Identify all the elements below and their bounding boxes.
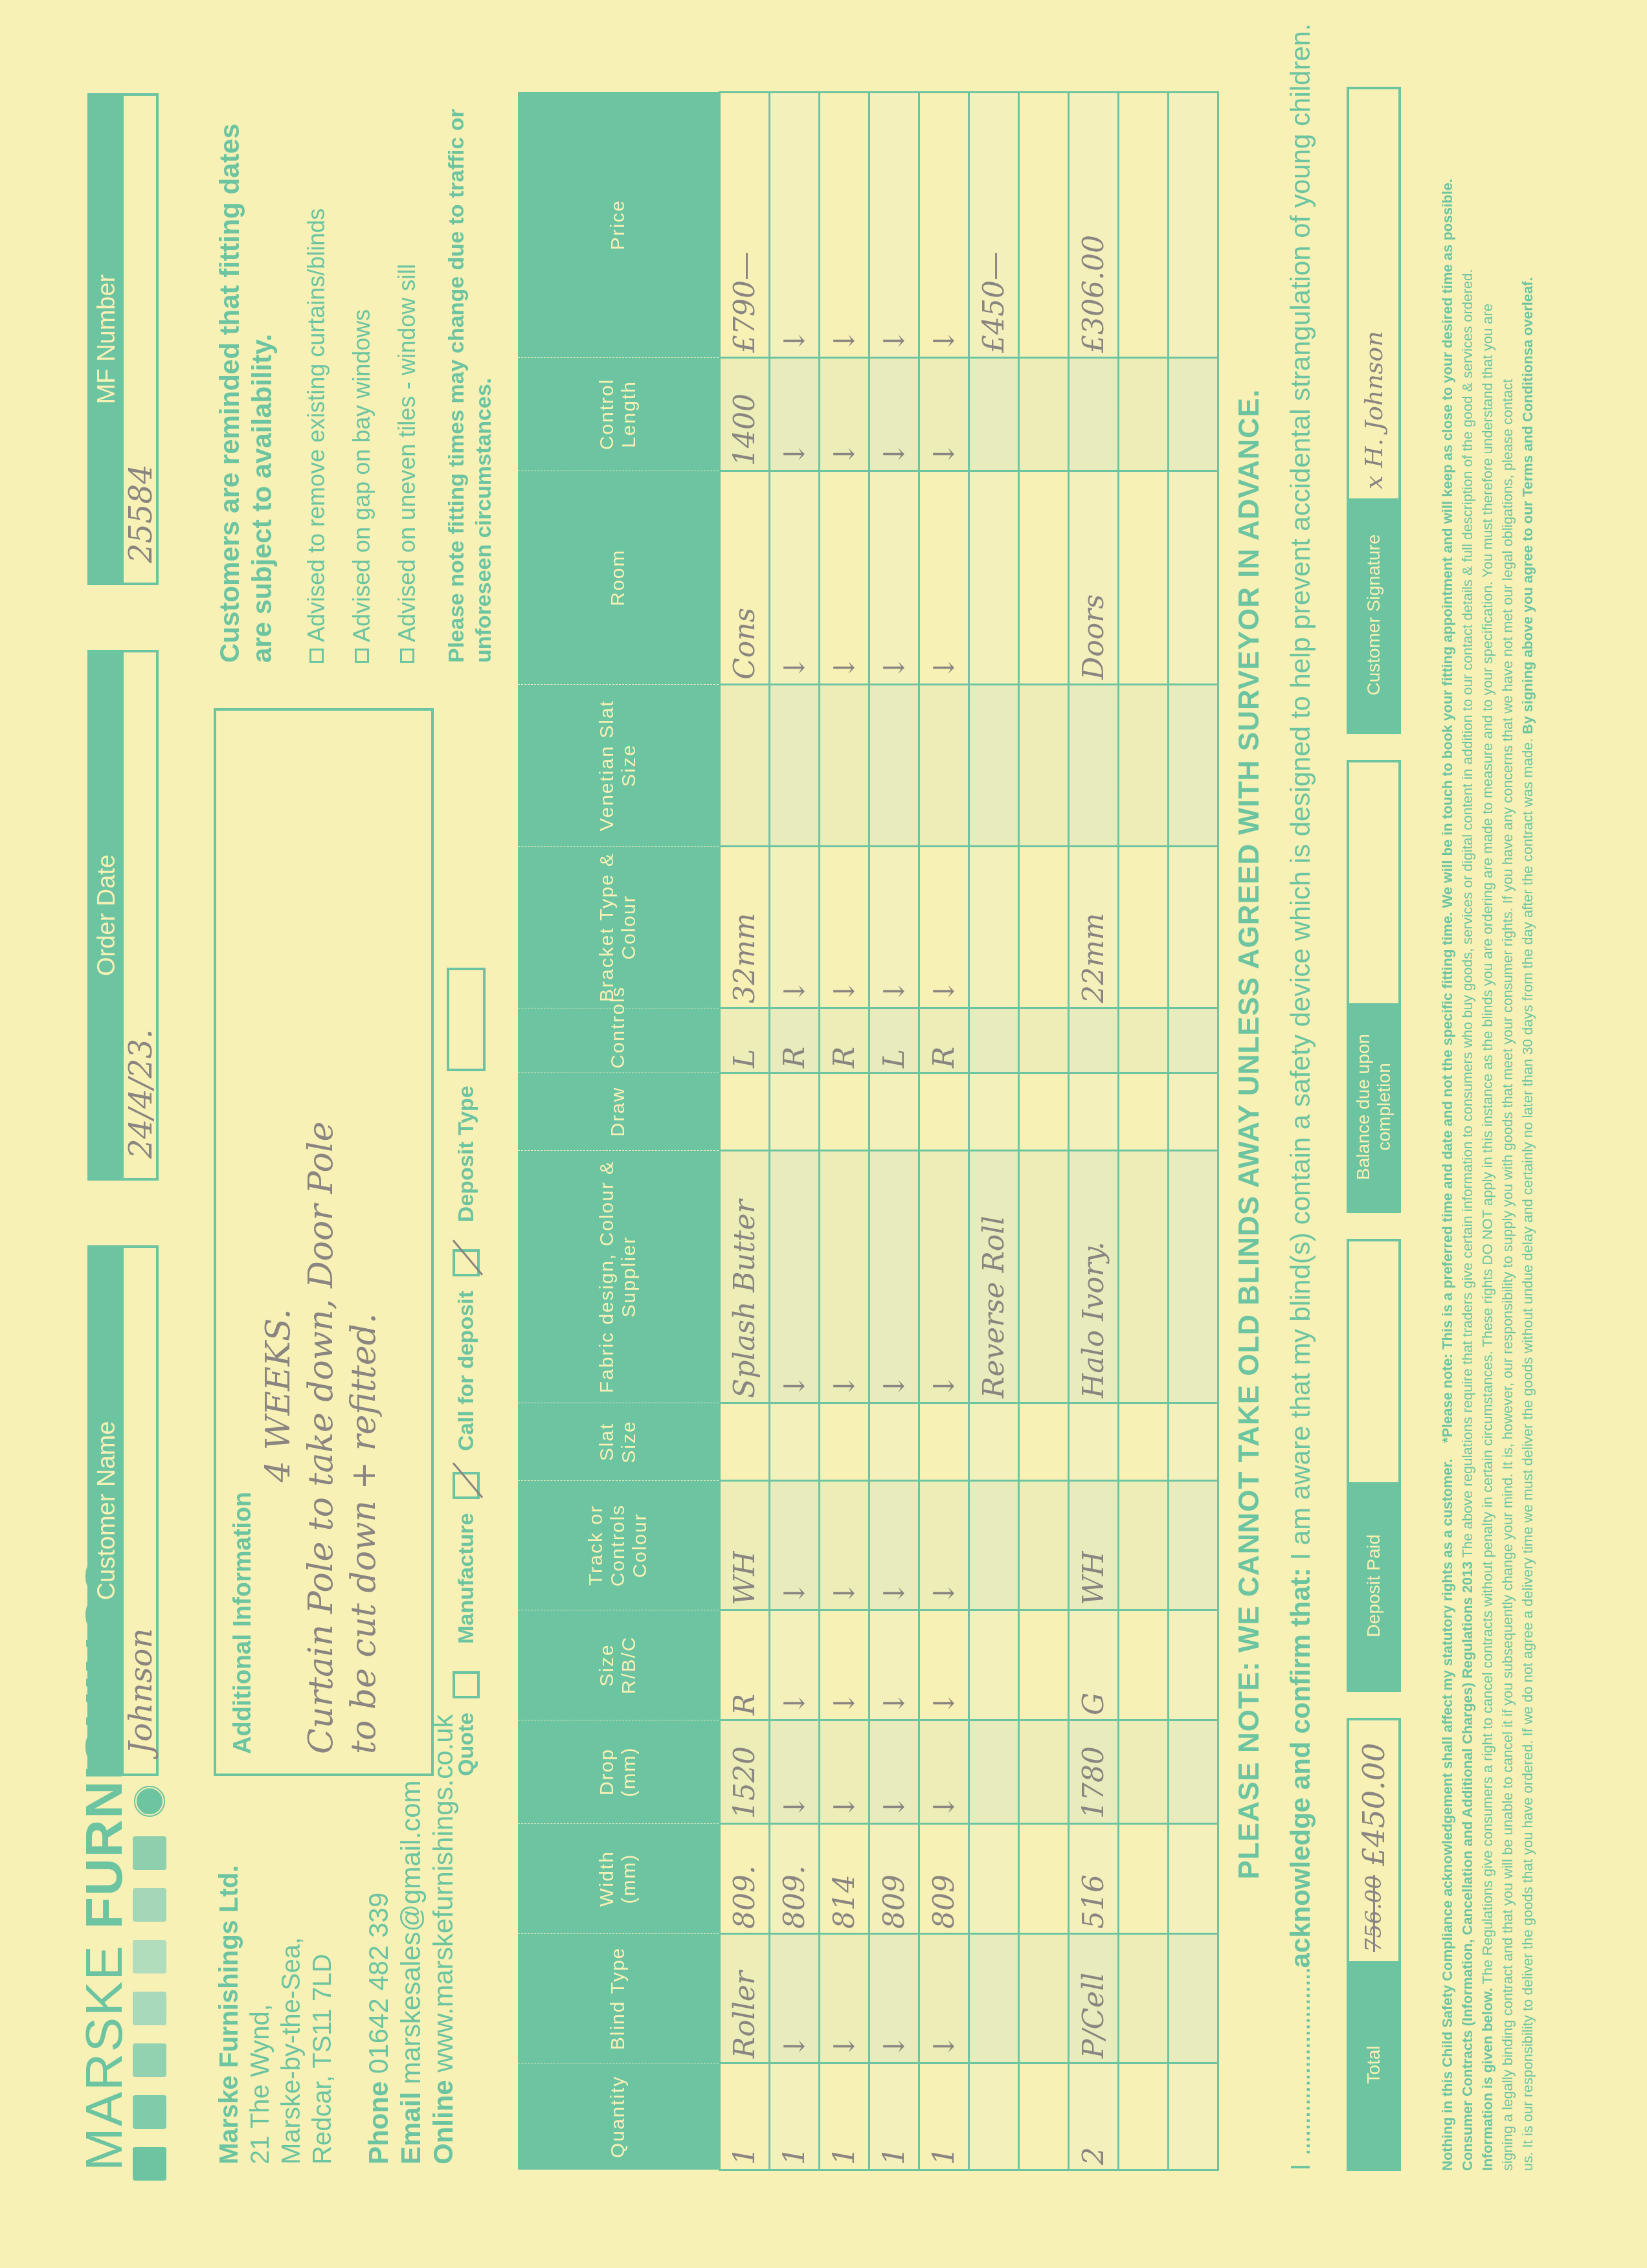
- customer-name-value[interactable]: Johnson: [124, 1248, 159, 1773]
- table-cell[interactable]: [969, 1481, 1019, 1610]
- table-cell[interactable]: Reverse Roll: [969, 1151, 1019, 1403]
- table-cell[interactable]: ↓: [770, 1481, 820, 1610]
- fabric-swatch-icon: [133, 2147, 166, 2181]
- fabric-swatch-icon: [133, 1836, 166, 1870]
- table-cell[interactable]: [1119, 1073, 1169, 1151]
- table-cell[interactable]: ↓: [770, 358, 820, 471]
- table-cell[interactable]: ↓: [820, 1720, 869, 1824]
- table-cell[interactable]: 809.: [720, 1824, 770, 1934]
- table-cell[interactable]: [1119, 1934, 1169, 2063]
- header-width: Width (mm): [518, 1824, 720, 1934]
- table-cell[interactable]: [919, 685, 969, 847]
- table-cell[interactable]: [1019, 1934, 1069, 2063]
- table-cell[interactable]: WH: [720, 1481, 770, 1610]
- table-cell[interactable]: ↓: [919, 358, 969, 471]
- header-track-controls-colour: Track or Controls Colour: [518, 1481, 720, 1610]
- table-cell[interactable]: [770, 1073, 820, 1151]
- phone-number: 01642 482 339: [363, 1893, 394, 2074]
- table-row: [1019, 93, 1069, 2170]
- table-cell[interactable]: [969, 1720, 1019, 1824]
- balance-due-value[interactable]: [1349, 994, 1398, 1003]
- table-cell[interactable]: [1019, 471, 1069, 685]
- table-cell[interactable]: ↓: [919, 471, 969, 685]
- table-cell[interactable]: £306.00: [1069, 93, 1119, 358]
- manufacture-checkbox[interactable]: [453, 1472, 480, 1499]
- deposit-paid-field[interactable]: Deposit Paid: [1347, 1239, 1401, 1692]
- table-row: [1169, 93, 1218, 2170]
- table-cell[interactable]: ↓: [869, 471, 919, 685]
- table-cell[interactable]: [1169, 358, 1218, 471]
- table-cell[interactable]: [1119, 1824, 1169, 1934]
- table-cell[interactable]: R: [720, 1610, 770, 1720]
- company-address: Marske Furnishings Ltd. 21 The Wynd, Mar…: [214, 1865, 338, 2164]
- call-for-deposit-checkbox[interactable]: [453, 1249, 480, 1276]
- table-cell[interactable]: Cons: [720, 471, 770, 685]
- header-blind-type: Blind Type: [518, 1934, 720, 2063]
- table-cell[interactable]: ↓: [770, 847, 820, 1008]
- table-row: [1119, 93, 1169, 2170]
- table-cell[interactable]: [1169, 1481, 1218, 1610]
- advised-item-remove-curtains[interactable]: Advised to remove existing curtains/blin…: [294, 80, 339, 663]
- checkbox-icon[interactable]: [400, 649, 414, 663]
- table-cell[interactable]: ↓: [919, 847, 969, 1008]
- table-cell[interactable]: ↓: [869, 93, 919, 358]
- phone-label: Phone: [363, 2082, 394, 2164]
- table-cell[interactable]: [1119, 471, 1169, 685]
- table-row: 1↓814↓↓↓↓R↓↓↓↓: [820, 93, 869, 2170]
- online-label: Online: [428, 2080, 458, 2164]
- customer-name-field[interactable]: Customer Name Johnson: [87, 1245, 159, 1776]
- header-bracket: Bracket Type & Colour: [518, 847, 720, 1008]
- table-cell[interactable]: 32mm: [720, 847, 770, 1008]
- address-line-2: Marske-by-the-Sea,: [276, 1865, 307, 2164]
- customer-signature-label: Customer Signature: [1349, 498, 1398, 731]
- table-cell[interactable]: ↓: [919, 1481, 969, 1610]
- fitting-reminder: Customers are reminded that fitting date…: [214, 80, 278, 663]
- old-blinds-notice: PLEASE NOTE: WE CANNOT TAKE OLD BLINDS A…: [1233, 0, 1266, 2268]
- table-cell[interactable]: [1169, 1008, 1218, 1073]
- header-fabric: Fabric design, Colour & Supplier: [518, 1151, 720, 1403]
- table-cell[interactable]: [969, 1008, 1019, 1073]
- table-cell[interactable]: ↓: [869, 1481, 919, 1610]
- table-cell[interactable]: Roller: [720, 1934, 770, 2063]
- table-cell[interactable]: [1119, 685, 1169, 847]
- contact-info: Phone 01642 482 339 Email marskesales@gm…: [363, 1714, 460, 2164]
- table-cell[interactable]: [770, 685, 820, 847]
- table-cell[interactable]: ↓: [820, 847, 869, 1008]
- balance-due-field[interactable]: Balance due upon completion: [1347, 760, 1401, 1213]
- table-cell[interactable]: ↓: [919, 1151, 969, 1403]
- table-cell[interactable]: [820, 1073, 869, 1151]
- table-cell[interactable]: [969, 847, 1019, 1008]
- quote-label: Quote: [454, 1713, 479, 1776]
- table-cell[interactable]: [1169, 1151, 1218, 1403]
- table-cell[interactable]: [869, 1073, 919, 1151]
- table-cell[interactable]: ↓: [770, 1934, 820, 2063]
- table-cell[interactable]: [1019, 2063, 1069, 2170]
- table-cell[interactable]: ↓: [820, 358, 869, 471]
- fabric-swatch-icon: [133, 2095, 166, 2129]
- checkbox-icon[interactable]: [309, 649, 324, 663]
- table-cell[interactable]: [1019, 1403, 1069, 1481]
- mf-number-label: MF Number: [90, 96, 124, 583]
- table-cell[interactable]: [720, 685, 770, 847]
- table-cell[interactable]: [1169, 471, 1218, 685]
- table-cell[interactable]: R: [770, 1008, 820, 1073]
- table-cell[interactable]: 809.: [770, 1824, 820, 1934]
- deposit-paid-value[interactable]: [1349, 1473, 1398, 1482]
- table-cell[interactable]: [1119, 1720, 1169, 1824]
- email-label: Email: [396, 2092, 426, 2164]
- table-cell[interactable]: [1069, 1073, 1119, 1151]
- header-control-length: Control Length: [518, 358, 720, 471]
- table-cell[interactable]: [1119, 1610, 1169, 1720]
- order-form-page: MARSKE FURNISHINGS Marske Furnishings Lt…: [0, 0, 1647, 2268]
- table-row: Reverse Roll£450—: [969, 93, 1019, 2170]
- table-row: 1↓809↓↓↓↓R↓↓↓↓: [919, 93, 969, 2170]
- total-value[interactable]: 756.00 £450.00: [1349, 1743, 1398, 1961]
- header-price: Price: [518, 93, 720, 358]
- table-cell[interactable]: [969, 358, 1019, 471]
- table-cell[interactable]: R: [820, 1008, 869, 1073]
- deposit-paid-label: Deposit Paid: [1349, 1482, 1398, 1689]
- table-cell[interactable]: [1169, 847, 1218, 1008]
- table-cell[interactable]: 1: [820, 2063, 869, 2170]
- table-cell[interactable]: ↓: [919, 93, 969, 358]
- table-cell[interactable]: ↓: [919, 1934, 969, 2063]
- terms-link[interactable]: By signing above you agree to our Terms …: [1519, 277, 1536, 738]
- table-cell[interactable]: [1019, 1481, 1069, 1610]
- table-cell[interactable]: ↓: [919, 1610, 969, 1720]
- table-cell[interactable]: [1019, 1073, 1069, 1151]
- table-cell[interactable]: 814: [820, 1824, 869, 1934]
- table-cell[interactable]: [1119, 847, 1169, 1008]
- total-value-current: £450.00: [1356, 1743, 1391, 1866]
- customer-name-label: Customer Name: [90, 1248, 124, 1773]
- spiral-swatch-icon: [133, 1784, 166, 1818]
- table-cell[interactable]: ↓: [919, 1720, 969, 1824]
- table-row: 1↓809↓↓↓↓L↓↓↓↓: [869, 93, 919, 2170]
- table-cell[interactable]: [1119, 1008, 1169, 1073]
- table-cell[interactable]: [770, 1403, 820, 1481]
- advised-item-uneven-tiles[interactable]: Advised on uneven tiles - window sill: [385, 80, 430, 663]
- table-cell[interactable]: [969, 1934, 1019, 2063]
- table-cell[interactable]: ↓: [869, 847, 919, 1008]
- deposit-type-input[interactable]: [447, 968, 486, 1071]
- table-cell[interactable]: ↓: [869, 1720, 919, 1824]
- additional-information-title: Additional Information: [229, 730, 257, 1754]
- table-cell[interactable]: [820, 685, 869, 847]
- company-name: Marske Furnishings Ltd.: [214, 1865, 245, 2164]
- table-cell[interactable]: [1169, 685, 1218, 847]
- table-cell[interactable]: [1119, 1481, 1169, 1610]
- table-cell[interactable]: 22mm: [1069, 847, 1119, 1008]
- header-drop: Drop (mm): [518, 1720, 720, 1824]
- table-cell[interactable]: Doors: [1069, 471, 1119, 685]
- fitting-notice: Customers are reminded that fitting date…: [214, 80, 497, 663]
- table-cell[interactable]: Splash Butter: [720, 1151, 770, 1403]
- table-cell[interactable]: [969, 2063, 1019, 2170]
- table-header-row: Quantity Blind Type Width (mm) Drop (mm)…: [518, 93, 720, 2170]
- table-cell[interactable]: ↓: [869, 358, 919, 471]
- total-value-struck: 756.00: [1361, 1875, 1387, 1952]
- logo-swatches: [133, 1784, 166, 2181]
- table-cell[interactable]: [1169, 2063, 1218, 2170]
- order-status-checkboxes: Quote Manufacture Call for deposit Depos…: [447, 968, 486, 1776]
- header-size-rbc: Size R/B/C: [518, 1610, 720, 1720]
- table-cell[interactable]: ↓: [820, 93, 869, 358]
- table-cell[interactable]: [969, 685, 1019, 847]
- table-cell[interactable]: 2: [1069, 2063, 1119, 2170]
- table-cell[interactable]: 1: [770, 2063, 820, 2170]
- address-line-1: 21 The Wynd,: [245, 1865, 276, 2164]
- fabric-swatch-icon: [133, 1992, 166, 2025]
- table-cell[interactable]: 516: [1069, 1824, 1119, 1934]
- table-row: 2P/Cell5161780GWHHalo Ivory.22mmDoors£30…: [1069, 93, 1119, 2170]
- table-cell[interactable]: [1019, 93, 1069, 358]
- additional-info-line-1[interactable]: 4 WEEKS.: [257, 730, 300, 1754]
- table-cell[interactable]: [1019, 1824, 1069, 1934]
- mf-number-field[interactable]: MF Number 25584: [87, 93, 159, 585]
- table-cell[interactable]: 809: [919, 1824, 969, 1934]
- table-cell[interactable]: ↓: [820, 1151, 869, 1403]
- table-cell[interactable]: [1069, 1008, 1119, 1073]
- fabric-swatch-icon: [133, 1940, 166, 1973]
- table-cell[interactable]: ↓: [820, 471, 869, 685]
- table-cell[interactable]: 809: [869, 1824, 919, 1934]
- additional-info-line-2[interactable]: Curtain Pole to take down, Door Pole: [300, 730, 342, 1754]
- order-date-field[interactable]: Order Date 24/4/23.: [87, 650, 159, 1181]
- table-cell[interactable]: [1169, 1934, 1218, 2063]
- table-cell[interactable]: [1119, 2063, 1169, 2170]
- table-cell[interactable]: [1169, 1610, 1218, 1720]
- table-cell[interactable]: [919, 1403, 969, 1481]
- customer-signature-field[interactable]: Customer Signature x H. Johnson: [1347, 87, 1401, 734]
- table-cell[interactable]: P/Cell: [1069, 1934, 1119, 2063]
- table-cell[interactable]: [1119, 1151, 1169, 1403]
- child-safety-acknowledgement: I ..............................acknowle…: [1285, 23, 1316, 2171]
- table-cell[interactable]: ↓: [869, 1610, 919, 1720]
- table-cell[interactable]: L: [720, 1008, 770, 1073]
- table-cell[interactable]: [1119, 93, 1169, 358]
- header-draw: Draw: [518, 1073, 720, 1151]
- table-cell[interactable]: [1119, 358, 1169, 471]
- table-cell[interactable]: G: [1069, 1610, 1119, 1720]
- table-cell[interactable]: [969, 1610, 1019, 1720]
- fabric-swatch-icon: [133, 2043, 166, 2077]
- header-slat-size: Slat Size: [518, 1403, 720, 1481]
- checkbox-icon[interactable]: [355, 649, 369, 663]
- table-cell[interactable]: [720, 1073, 770, 1151]
- order-items-table: Quantity Blind Type Width (mm) Drop (mm)…: [518, 91, 1219, 2171]
- table-cell[interactable]: [820, 1403, 869, 1481]
- table-cell[interactable]: 1520: [720, 1720, 770, 1824]
- table-cell[interactable]: [1019, 1008, 1069, 1073]
- table-cell[interactable]: ↓: [770, 471, 820, 685]
- fabric-swatch-icon: [133, 1888, 166, 1922]
- table-cell[interactable]: [720, 1403, 770, 1481]
- table-cell[interactable]: 1: [720, 2063, 770, 2170]
- table-cell[interactable]: WH: [1069, 1481, 1119, 1610]
- deposit-type-label: Deposit Type: [454, 1085, 479, 1222]
- mf-number-value[interactable]: 25584: [124, 96, 159, 583]
- payment-summary: Total 756.00 £450.00 Deposit Paid Balanc…: [1347, 87, 1401, 2171]
- header-room: Room: [518, 471, 720, 685]
- table-cell[interactable]: [969, 1403, 1019, 1481]
- manufacture-label: Manufacture: [454, 1513, 479, 1644]
- call-for-deposit-label: Call for deposit: [454, 1291, 479, 1451]
- order-date-value[interactable]: 24/4/23.: [124, 652, 159, 1178]
- table-cell[interactable]: [1019, 358, 1069, 471]
- table-cell[interactable]: 1: [869, 2063, 919, 2170]
- table-cell[interactable]: [1019, 1610, 1069, 1720]
- terms-fine-print: Nothing in this Child Safety Compliance …: [1437, 93, 1538, 2171]
- table-cell[interactable]: ↓: [770, 93, 820, 358]
- table-cell[interactable]: [969, 471, 1019, 685]
- table-cell[interactable]: [1019, 1151, 1069, 1403]
- additional-information-box[interactable]: Additional Information 4 WEEKS. Curtain …: [214, 708, 434, 1776]
- table-cell[interactable]: [1119, 1403, 1169, 1481]
- table-row: 1Roller809.1520RWHSplash ButterL32mmCons…: [720, 93, 770, 2170]
- table-cell[interactable]: ↓: [770, 1720, 820, 1824]
- table-cell[interactable]: £450—: [969, 93, 1019, 358]
- table-cell[interactable]: [1169, 1073, 1218, 1151]
- total-label: Total: [1349, 1961, 1398, 2168]
- table-cell[interactable]: [869, 1403, 919, 1481]
- advised-item-bay-gap[interactable]: Advised on gap on bay windows: [339, 80, 385, 663]
- table-cell[interactable]: ↓: [770, 1151, 820, 1403]
- balance-due-label: Balance due upon completion: [1349, 1003, 1398, 1210]
- table-cell[interactable]: ↓: [869, 1934, 919, 2063]
- table-cell[interactable]: [1069, 685, 1119, 847]
- table-cell[interactable]: [1019, 847, 1069, 1008]
- header-quantity: Quantity: [518, 2063, 720, 2170]
- table-cell[interactable]: [1169, 1403, 1218, 1481]
- table-cell[interactable]: [969, 1073, 1019, 1151]
- fitting-times-note: Please note fitting times may change due…: [443, 80, 497, 663]
- acknowledgement-name-blank[interactable]: ..............................: [1285, 1968, 1316, 2156]
- table-cell[interactable]: [1019, 1720, 1069, 1824]
- quote-checkbox[interactable]: [453, 1671, 480, 1698]
- table-cell[interactable]: ↓: [820, 1610, 869, 1720]
- header-venetian-slat-size: Venetian Slat Size: [518, 685, 720, 847]
- table-cell[interactable]: £790—: [720, 93, 770, 358]
- additional-info-line-3[interactable]: to be cut down + refitted.: [342, 730, 385, 1754]
- table-cell[interactable]: ↓: [869, 1151, 919, 1403]
- table-cell[interactable]: Halo Ivory.: [1069, 1151, 1119, 1403]
- table-cell[interactable]: R: [919, 1008, 969, 1073]
- logo-text-light: MARSKE: [75, 1929, 133, 2171]
- table-cell[interactable]: [1069, 1403, 1119, 1481]
- table-cell[interactable]: 1: [919, 2063, 969, 2170]
- table-cell[interactable]: ↓: [770, 1610, 820, 1720]
- table-cell[interactable]: 1780: [1069, 1720, 1119, 1824]
- table-cell[interactable]: ↓: [820, 1934, 869, 2063]
- table-cell[interactable]: ↓: [820, 1481, 869, 1610]
- table-cell[interactable]: [1069, 358, 1119, 471]
- table-cell[interactable]: 1400: [720, 358, 770, 471]
- table-cell[interactable]: [869, 685, 919, 847]
- table-row: 1↓809.↓↓↓↓R↓↓↓↓: [770, 93, 820, 2170]
- header-controls: Controls: [518, 1008, 720, 1073]
- total-field[interactable]: Total 756.00 £450.00: [1347, 1718, 1401, 2171]
- table-cell[interactable]: [1169, 93, 1218, 358]
- table-cell[interactable]: [1019, 685, 1069, 847]
- customer-signature-value[interactable]: x H. Johnson: [1349, 331, 1398, 498]
- table-cell[interactable]: L: [869, 1008, 919, 1073]
- table-cell[interactable]: [1169, 1824, 1218, 1934]
- address-line-3: Redcar, TS11 7LD: [307, 1865, 338, 2164]
- email-address: marskesales@gmail.com: [396, 1781, 426, 2085]
- table-cell[interactable]: [1169, 1720, 1218, 1824]
- table-cell[interactable]: [919, 1073, 969, 1151]
- order-date-label: Order Date: [90, 652, 124, 1178]
- table-cell[interactable]: [969, 1824, 1019, 1934]
